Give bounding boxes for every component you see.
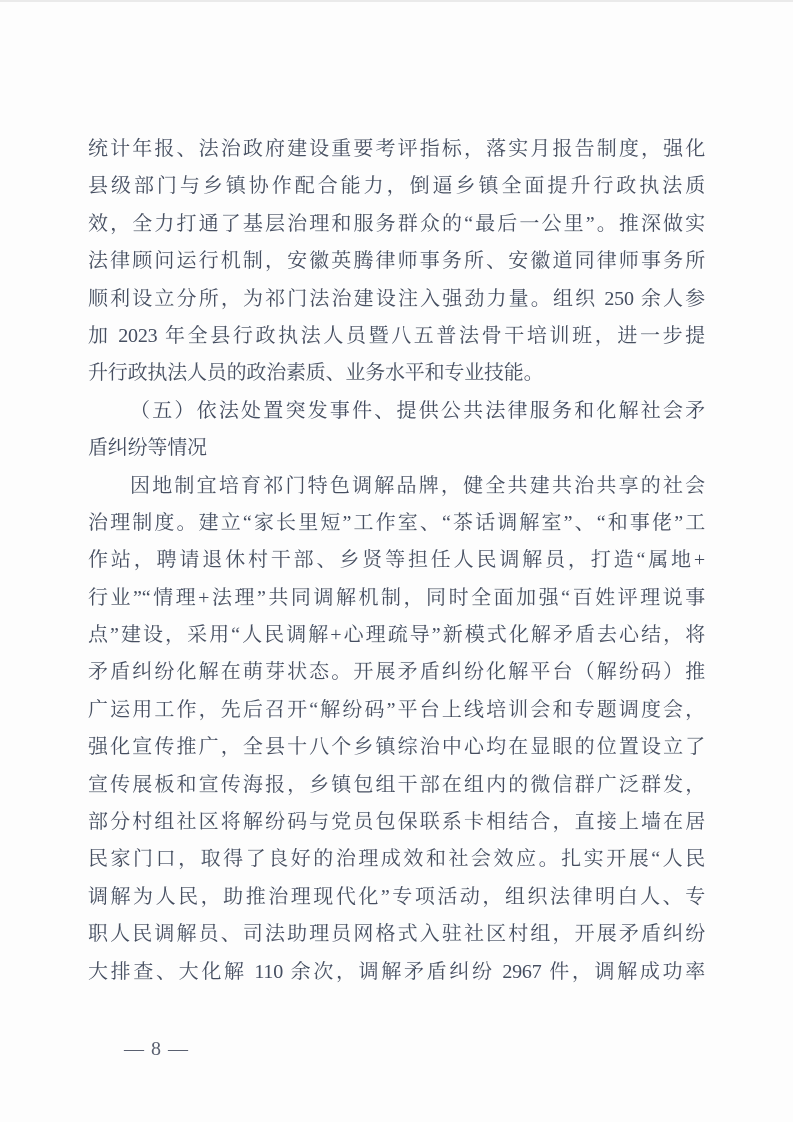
body-text-line: 职人民调解员、司法助理员网格式入驻社区村组，开展矛盾纠纷: [88, 916, 705, 953]
document-page: 统计年报、法治政府建设重要考评指标，落实月报告制度，强化 县级部门与乡镇协作配合…: [0, 0, 793, 1122]
body-text-line: 广运用工作，先后召开“解纷码”平台上线培训会和专题调度会，: [88, 692, 705, 729]
body-text-line: 强化宣传推广，全县十八个乡镇综治中心均在显眼的位置设立了: [88, 729, 705, 766]
body-text-line: 点”建设，采用“人民调解+心理疏导”新模式化解矛盾去心结，将: [88, 617, 705, 654]
body-text-line: 升行政执法人员的政治素质、业务水平和专业技能。: [88, 355, 705, 392]
body-text-line: 作站，聘请退休村干部、乡贤等担任人民调解员，打造“属地+: [88, 542, 705, 579]
body-text-line: 因地制宜培育祁门特色调解品牌，健全共建共治共享的社会: [88, 468, 705, 505]
body-text-line: 法律顾问运行机制，安徽英腾律师事务所、安徽道同律师事务所: [88, 243, 705, 280]
body-text-line: 统计年报、法治政府建设重要考评指标，落实月报告制度，强化: [88, 131, 705, 168]
body-text-line: 矛盾纠纷化解在萌芽状态。开展矛盾纠纷化解平台（解纷码）推: [88, 654, 705, 691]
body-text-line: 治理制度。建立“家长里短”工作室、“茶话调解室”、“和事佬”工: [88, 505, 705, 542]
body-text-line: 县级部门与乡镇协作配合能力，倒逼乡镇全面提升行政执法质: [88, 168, 705, 205]
body-text-line: 调解为人民，助推治理现代化”专项活动，组织法律明白人、专: [88, 879, 705, 916]
body-text-line: 行业”“情理+法理”共同调解机制，同时全面加强“百姓评理说事: [88, 580, 705, 617]
body-text-line: 效，全力打通了基层治理和服务群众的“最后一公里”。推深做实: [88, 206, 705, 243]
body-text-line: 加 2023 年全县行政执法人员暨八五普法骨干培训班，进一步提: [88, 318, 705, 355]
body-text-line: 部分村组社区将解纷码与党员包保联系卡相结合，直接上墙在居: [88, 804, 705, 841]
document-text-block: 统计年报、法治政府建设重要考评指标，落实月报告制度，强化 县级部门与乡镇协作配合…: [88, 131, 705, 991]
body-text-line: 宣传展板和宣传海报，乡镇包组干部在组内的微信群广泛群发，: [88, 767, 705, 804]
scan-edge-line: [0, 0, 793, 2]
body-text-line: 大排查、大化解 110 余次，调解矛盾纠纷 2967 件，调解成功率: [88, 954, 705, 991]
section-heading-line: （五）依法处置突发事件、提供公共法律服务和化解社会矛: [88, 393, 705, 430]
body-text-line: 顺利设立分所，为祁门法治建设注入强劲力量。组织 250 余人参: [88, 281, 705, 318]
section-heading-line: 盾纠纷等情况: [88, 430, 705, 467]
page-number: — 8 —: [124, 1036, 189, 1062]
body-text-line: 民家门口，取得了良好的治理成效和社会效应。扎实开展“人民: [88, 841, 705, 878]
